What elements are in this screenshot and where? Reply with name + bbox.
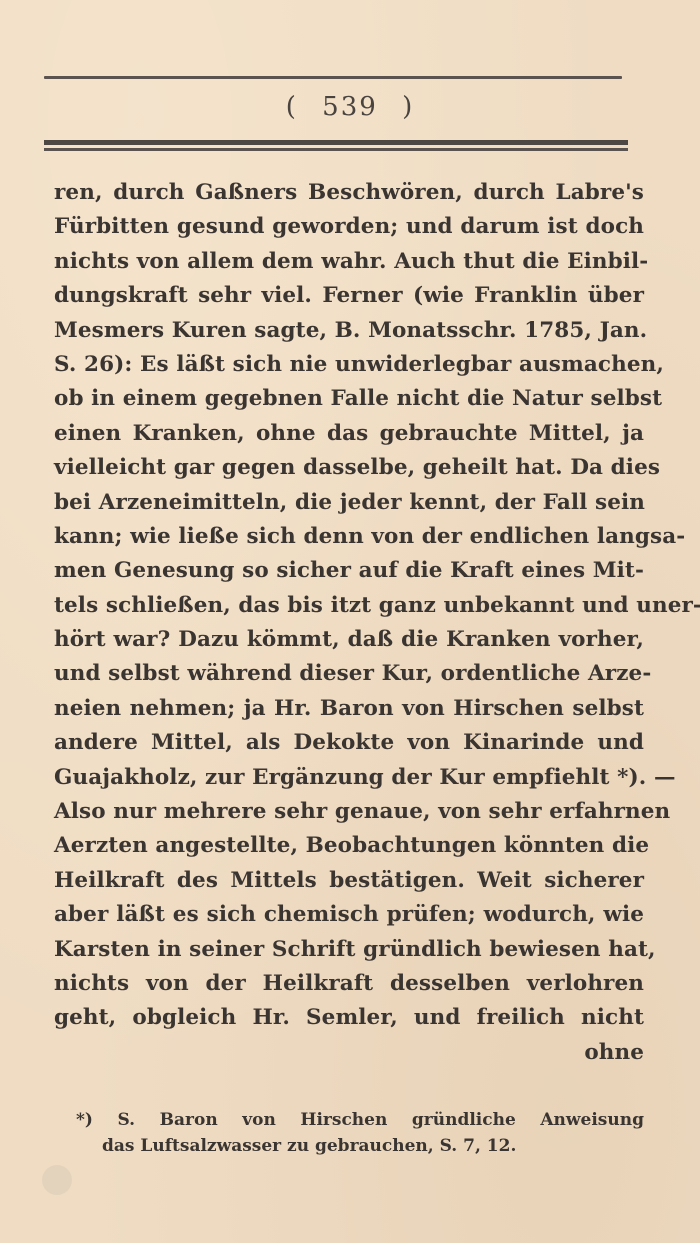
book-page: ( 539 ) ren, durch Gaßners Beschwören, d… bbox=[0, 0, 700, 1243]
text-line: geht, obgleich Hr. Semler, und freilich … bbox=[54, 1001, 644, 1035]
header-rule-double-thick bbox=[44, 140, 628, 145]
paper-smudge bbox=[42, 1165, 72, 1195]
text-line: Heilkraft des Mittels bestätigen. Weit s… bbox=[54, 864, 644, 898]
text-line: Aerzten angestellte, Beobachtungen könnt… bbox=[54, 829, 644, 863]
text-line: kann; wie ließe sich denn von der endlic… bbox=[54, 520, 644, 554]
text-line: aber läßt es sich chemisch prüfen; wodur… bbox=[54, 898, 644, 932]
text-line: vielleicht gar gegen dasselbe, geheilt h… bbox=[54, 451, 644, 485]
text-line: dungskraft sehr viel. Ferner (wie Frankl… bbox=[54, 279, 644, 313]
text-line: neien nehmen; ja Hr. Baron von Hirschen … bbox=[54, 692, 644, 726]
page-number: ( 539 ) bbox=[0, 92, 700, 122]
text-line: nichts von allem dem wahr. Auch thut die… bbox=[54, 245, 644, 279]
text-line: nichts von der Heilkraft desselben verlo… bbox=[54, 967, 644, 1001]
text-line: Mesmers Kuren sagte, B. Monatsschr. 1785… bbox=[54, 314, 644, 348]
footnote-line: das Luftsalzwasser zu gebrauchen, S. 7, … bbox=[56, 1133, 644, 1159]
text-line: hört war? Dazu kömmt, daß die Kranken vo… bbox=[54, 623, 644, 657]
text-line: ob in einem gegebnen Falle nicht die Nat… bbox=[54, 382, 644, 416]
text-line: bei Arzeneimitteln, die jeder kennt, der… bbox=[54, 486, 644, 520]
catchword: ohne bbox=[54, 1036, 644, 1070]
text-line: tels schließen, das bis itzt ganz unbeka… bbox=[54, 589, 644, 623]
text-line: und selbst während dieser Kur, ordentlic… bbox=[54, 657, 644, 691]
text-line: men Genesung so sicher auf die Kraft ein… bbox=[54, 554, 644, 588]
footnote-line: *) S. Baron von Hirschen gründliche Anwe… bbox=[56, 1107, 644, 1133]
header-rule-top bbox=[44, 76, 622, 79]
text-line: andere Mittel, als Dekokte von Kinarinde… bbox=[54, 726, 644, 760]
text-line: Fürbitten gesund geworden; und darum ist… bbox=[54, 210, 644, 244]
header-rule-double-thin bbox=[44, 148, 628, 151]
text-line: Karsten in seiner Schrift gründlich bewi… bbox=[54, 933, 644, 967]
text-line: einen Kranken, ohne das gebrauchte Mitte… bbox=[54, 417, 644, 451]
text-line: ren, durch Gaßners Beschwören, durch Lab… bbox=[54, 176, 644, 210]
text-line: Guajakholz, zur Ergänzung der Kur empfie… bbox=[54, 761, 644, 795]
footnote: *) S. Baron von Hirschen gründliche Anwe… bbox=[56, 1107, 644, 1159]
text-line: Also nur mehrere sehr genaue, von sehr e… bbox=[54, 795, 644, 829]
body-text: ren, durch Gaßners Beschwören, durch Lab… bbox=[54, 176, 644, 1070]
text-line: S. 26): Es läßt sich nie unwiderlegbar a… bbox=[54, 348, 644, 382]
